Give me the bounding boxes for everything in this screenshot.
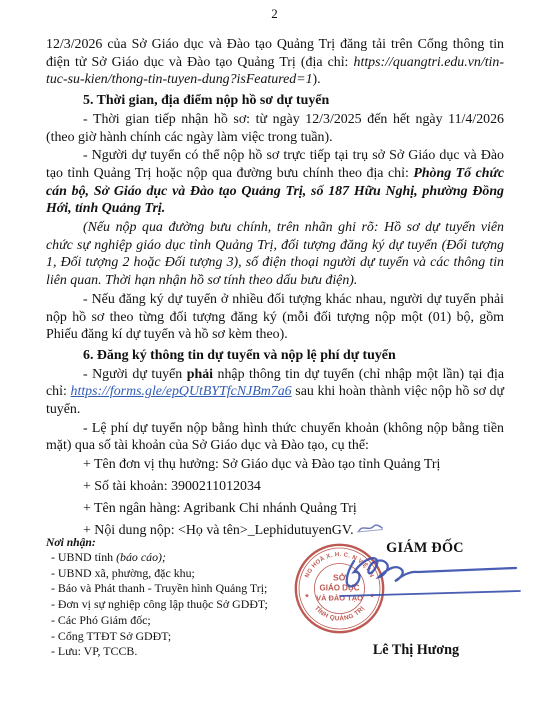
recipient-item: - Lưu: VP, TCCB. [46, 644, 308, 660]
signature-ink [324, 551, 530, 607]
report-note: (báo cáo); [116, 550, 166, 564]
recipient-item: - Các Phó Giám đốc; [46, 613, 308, 629]
signature-underline [340, 591, 520, 596]
stamp-star-left: ★ [304, 593, 309, 600]
recipient-item: - UBND xã, phường, đặc khu; [46, 566, 308, 582]
submission-paragraph: - Người dự tuyển có thể nộp hồ sơ trực t… [46, 147, 504, 218]
recipient-ubnd-tinh: - UBND tỉnh [51, 550, 116, 564]
recipient-item: - UBND tỉnh (báo cáo); [46, 550, 308, 566]
fee-item-bank: + Tên ngân hàng: Agribank Chi nhánh Quản… [46, 500, 504, 518]
deadline-paragraph: - Thời gian tiếp nhận hồ sơ: từ ngày 12/… [46, 111, 504, 146]
page-number: 2 [0, 6, 549, 22]
register-text-1: - Người dự tuyển [83, 367, 187, 382]
recipient-item: - Báo và Phát thanh - Truyền hình Quảng … [46, 581, 308, 597]
recipients-block: Nơi nhận: - UBND tỉnh (báo cáo); - UBND … [46, 536, 308, 660]
recipients-heading: Nơi nhận: [46, 536, 308, 549]
section6-heading: 6. Đăng ký thông tin dự tuyển và nộp lệ … [46, 347, 504, 365]
recipient-item: - Đơn vị sự nghiệp công lập thuộc Sở GDĐ… [46, 597, 308, 613]
registration-form-link[interactable]: https://forms.gle/epQUtBYTfcNJBm7a6 [71, 384, 292, 399]
multiple-targets-paragraph: - Nếu đăng ký dự tuyển ở nhiều đối tượng… [46, 291, 504, 344]
register-must-word: phải [187, 367, 213, 382]
fee-paragraph: - Lệ phí dự tuyển nộp bằng hình thức chu… [46, 420, 504, 455]
fee-item-beneficiary: + Tên đơn vị thụ hưởng: Sở Giáo dục và Đ… [46, 456, 504, 474]
intro-paragraph: 12/3/2026 của Sở Giáo dục và Đào tạo Quả… [46, 36, 504, 89]
signature-flourish [347, 558, 516, 586]
recipient-item: - Cổng TTĐT Sở GDĐT; [46, 629, 308, 645]
section5-heading: 5. Thời gian, địa điểm nộp hồ sơ dự tuyể… [46, 92, 504, 110]
signer-name: Lê Thị Hương [331, 642, 501, 659]
fee-item-account-number: + Số tài khoản: 3900211012034 [46, 478, 504, 496]
mail-note-paragraph: (Nếu nộp qua đường bưu chính, trên nhãn … [46, 219, 504, 290]
document-page: 2 12/3/2026 của Sở Giáo dục và Đào tạo Q… [0, 0, 549, 721]
register-paragraph: - Người dự tuyển phải nhập thông tin dự … [46, 366, 504, 419]
intro-text-end: ). [313, 72, 321, 87]
pen-mark-icon [356, 521, 384, 534]
document-body: 12/3/2026 của Sở Giáo dục và Đào tạo Quả… [46, 36, 504, 544]
